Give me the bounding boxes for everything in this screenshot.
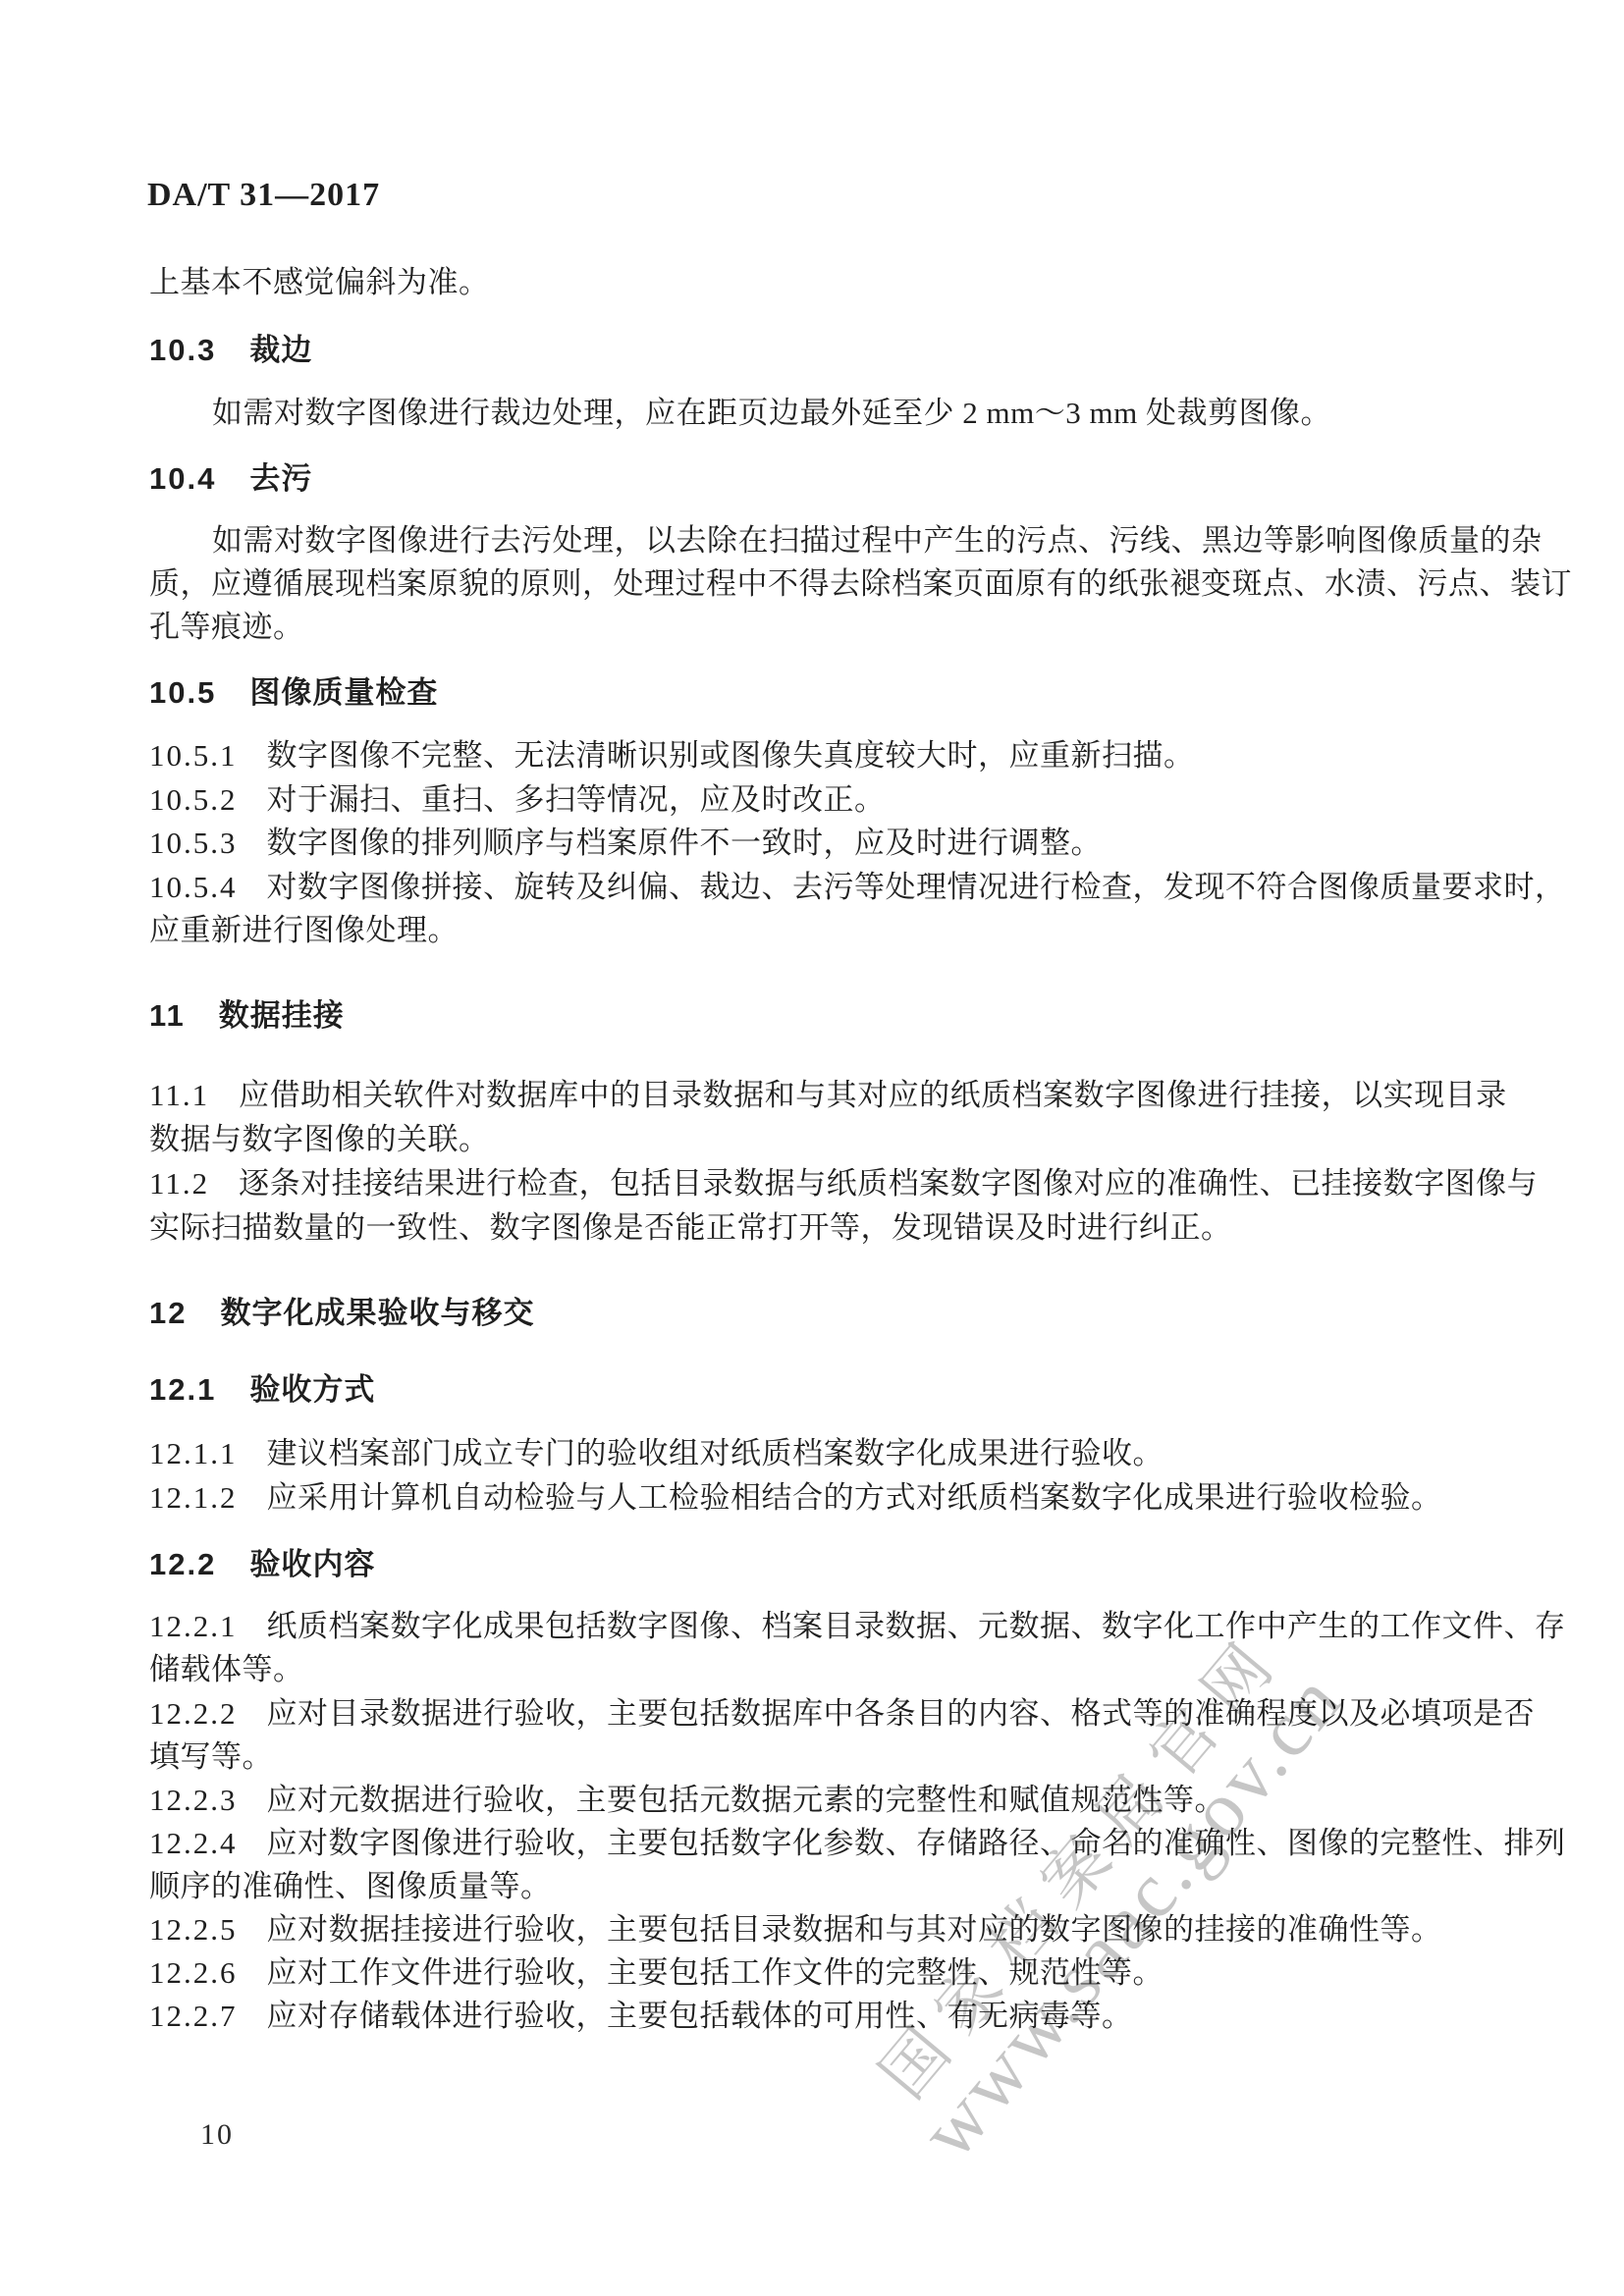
clause-number: 12.2.4 xyxy=(149,1824,238,1863)
heading-number: 10.5 xyxy=(149,673,216,713)
heading-11: 11数据挂接 xyxy=(149,996,345,1036)
clause-10-5-4-line1: 10.5.4对数字图像拼接、旋转及纠偏、裁边、去污等处理情况进行检查，发现不符合… xyxy=(149,868,1566,907)
clause-12-1-1: 12.1.1建议档案部门成立专门的验收组对纸质档案数字化成果进行验收。 xyxy=(149,1434,1164,1473)
clause-12-2-3: 12.2.3应对元数据进行验收，主要包括元数据元素的完整性和赋值规范性等。 xyxy=(149,1781,1225,1820)
clause-12-2-2-line1: 12.2.2应对目录数据进行验收，主要包括数据库中各条目的内容、格式等的准确程度… xyxy=(149,1694,1535,1734)
heading-number: 10.4 xyxy=(149,459,216,499)
clause-12-2-5: 12.2.5应对数据挂接进行验收，主要包括目录数据和与其对应的数字图像的挂接的准… xyxy=(149,1910,1442,1949)
clause-12-2-1-line1: 12.2.1纸质档案数字化成果包括数字图像、档案目录数据、元数据、数字化工作中产… xyxy=(149,1607,1566,1646)
heading-title: 裁边 xyxy=(249,333,312,367)
heading-title: 图像质量检查 xyxy=(249,675,438,710)
clause-11-2-line1: 11.2逐条对挂接结果进行检查，包括目录数据与纸质档案数字图像对应的准确性、已挂… xyxy=(149,1164,1538,1203)
heading-12: 12数字化成果验收与移交 xyxy=(149,1294,534,1333)
clause-text: 数字图像不完整、无法清晰识别或图像失真度较大时，应重新扫描。 xyxy=(267,738,1195,773)
clause-number: 10.5.2 xyxy=(149,780,238,820)
clause-number: 12.2.2 xyxy=(149,1694,238,1734)
heading-10-5: 10.5图像质量检查 xyxy=(149,673,438,713)
clause-text: 应采用计算机自动检验与人工检验相结合的方式对纸质档案数字化成果进行验收检验。 xyxy=(267,1480,1442,1515)
standard-code: DA/T 31—2017 xyxy=(147,177,380,214)
heading-title: 数据挂接 xyxy=(219,998,345,1033)
clause-11-1-line2: 数据与数字图像的关联。 xyxy=(149,1120,490,1159)
heading-title: 去污 xyxy=(249,461,312,496)
heading-title: 验收内容 xyxy=(249,1547,375,1581)
clause-number: 12.2.6 xyxy=(149,1953,238,1993)
clause-text: 纸质档案数字化成果包括数字图像、档案目录数据、元数据、数字化工作中产生的工作文件… xyxy=(267,1609,1566,1643)
clause-number: 11.2 xyxy=(149,1164,209,1203)
clause-11-1-line1: 11.1应借助相关软件对数据库中的目录数据和与其对应的纸质档案数字图像进行挂接，… xyxy=(149,1076,1507,1115)
heading-title: 验收方式 xyxy=(249,1372,375,1407)
clause-10-5-4-line2: 应重新进行图像处理。 xyxy=(149,911,459,950)
clause-text: 数字图像的排列顺序与档案原件不一致时，应及时进行调整。 xyxy=(267,826,1103,860)
clause-number: 12.1.1 xyxy=(149,1434,238,1473)
clause-10-5-1: 10.5.1数字图像不完整、无法清晰识别或图像失真度较大时，应重新扫描。 xyxy=(149,736,1195,775)
clause-number: 11.1 xyxy=(149,1076,209,1115)
intro-line: 上基本不感觉偏斜为准。 xyxy=(149,263,490,302)
clause-text: 应对数据挂接进行验收，主要包括目录数据和与其对应的数字图像的挂接的准确性等。 xyxy=(267,1912,1442,1947)
para-10-4-line2: 质，应遵循展现档案原貌的原则，处理过程中不得去除档案页面原有的纸张褪变斑点、水渍… xyxy=(149,564,1572,604)
heading-10-3: 10.3裁边 xyxy=(149,331,312,370)
heading-number: 10.3 xyxy=(149,331,216,370)
text-layer: DA/T 31—2017 上基本不感觉偏斜为准。 10.3裁边 如需对数字图像进… xyxy=(0,0,1624,2296)
clause-number: 10.5.3 xyxy=(149,824,238,863)
clause-number: 12.2.5 xyxy=(149,1910,238,1949)
clause-number: 12.2.3 xyxy=(149,1781,238,1820)
clause-10-5-2: 10.5.2对于漏扫、重扫、多扫等情况，应及时改正。 xyxy=(149,780,886,820)
heading-number: 12.2 xyxy=(149,1545,216,1584)
clause-text: 应对数字图像进行验收，主要包括数字化参数、存储路径、命名的准确性、图像的完整性、… xyxy=(267,1826,1566,1860)
clause-text: 建议档案部门成立专门的验收组对纸质档案数字化成果进行验收。 xyxy=(267,1436,1164,1470)
heading-10-4: 10.4去污 xyxy=(149,459,312,499)
heading-number: 12 xyxy=(149,1294,187,1333)
clause-11-2-line2: 实际扫描数量的一致性、数字图像是否能正常打开等，发现错误及时进行纠正。 xyxy=(149,1208,1232,1248)
clause-text: 对于漏扫、重扫、多扫等情况，应及时改正。 xyxy=(267,782,886,817)
heading-12-1: 12.1验收方式 xyxy=(149,1370,375,1410)
clause-text: 逐条对挂接结果进行检查，包括目录数据与纸质档案数字图像对应的准确性、已挂接数字图… xyxy=(239,1166,1538,1201)
clause-text: 应对存储载体进行验收，主要包括载体的可用性、有无病毒等。 xyxy=(267,1999,1133,2033)
clause-12-2-4-line1: 12.2.4应对数字图像进行验收，主要包括数字化参数、存储路径、命名的准确性、图… xyxy=(149,1824,1566,1863)
clause-number: 12.2.1 xyxy=(149,1607,238,1646)
heading-title: 数字化成果验收与移交 xyxy=(220,1296,534,1330)
clause-number: 10.5.1 xyxy=(149,736,238,775)
page-number: 10 xyxy=(200,2118,234,2152)
clause-text: 应对工作文件进行验收，主要包括工作文件的完整性、规范性等。 xyxy=(267,1955,1164,1990)
clause-text: 对数字图像拼接、旋转及纠偏、裁边、去污等处理情况进行检查，发现不符合图像质量要求… xyxy=(267,870,1566,904)
clause-12-2-1-line2: 储载体等。 xyxy=(149,1650,304,1689)
para-10-3: 如需对数字图像进行裁边处理，应在距页边最外延至少 2 mm～3 mm 处裁剪图像… xyxy=(212,394,1331,433)
clause-12-1-2: 12.1.2应采用计算机自动检验与人工检验相结合的方式对纸质档案数字化成果进行验… xyxy=(149,1478,1442,1518)
document-page: 国家档案局官网 www.saac.gov.cn DA/T 31—2017 上基本… xyxy=(0,0,1624,2296)
clause-12-2-4-line2: 顺序的准确性、图像质量等。 xyxy=(149,1867,552,1906)
clause-12-2-7: 12.2.7应对存储载体进行验收，主要包括载体的可用性、有无病毒等。 xyxy=(149,1997,1133,2036)
clause-text: 应对目录数据进行验收，主要包括数据库中各条目的内容、格式等的准确程度以及必填项是… xyxy=(267,1696,1536,1731)
clause-number: 12.1.2 xyxy=(149,1478,238,1518)
para-10-4-line3: 孔等痕迹。 xyxy=(149,608,304,647)
heading-number: 12.1 xyxy=(149,1370,216,1410)
heading-12-2: 12.2验收内容 xyxy=(149,1545,375,1584)
clause-12-2-6: 12.2.6应对工作文件进行验收，主要包括工作文件的完整性、规范性等。 xyxy=(149,1953,1164,1993)
clause-text: 应对元数据进行验收，主要包括元数据元素的完整性和赋值规范性等。 xyxy=(267,1783,1226,1817)
clause-12-2-2-line2: 填写等。 xyxy=(149,1737,273,1777)
para-10-4-line1: 如需对数字图像进行去污处理，以去除在扫描过程中产生的污点、污线、黑边等影响图像质… xyxy=(212,521,1543,561)
clause-number: 10.5.4 xyxy=(149,868,238,907)
clause-10-5-3: 10.5.3数字图像的排列顺序与档案原件不一致时，应及时进行调整。 xyxy=(149,824,1102,863)
clause-number: 12.2.7 xyxy=(149,1997,238,2036)
clause-text: 应借助相关软件对数据库中的目录数据和与其对应的纸质档案数字图像进行挂接，以实现目… xyxy=(239,1078,1507,1112)
heading-number: 11 xyxy=(149,996,186,1036)
